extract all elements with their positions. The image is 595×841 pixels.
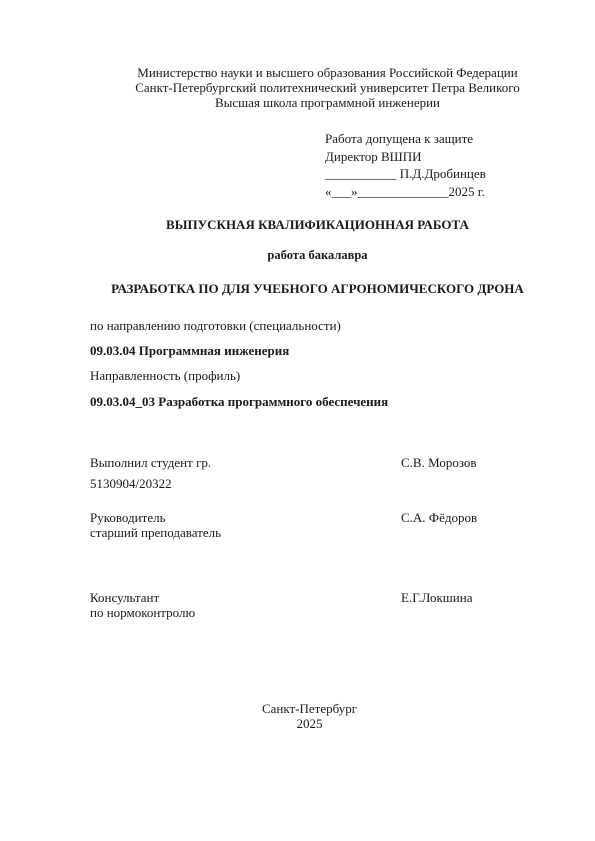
supervisor-position: старший преподаватель bbox=[90, 525, 221, 540]
approval-date: «___»______________2025 г. bbox=[325, 183, 486, 201]
city: Санкт-Петербург bbox=[12, 701, 595, 716]
profile-value: 09.03.04_03 Разработка программного обес… bbox=[90, 394, 388, 409]
approval-director: Директор ВШПИ bbox=[325, 148, 486, 166]
consultant-role: Консультант bbox=[90, 590, 159, 605]
supervisor-role: Руководитель bbox=[90, 510, 166, 525]
school-name: Высшая школа программной инженерии bbox=[30, 95, 595, 110]
thesis-type: работа бакалавра bbox=[20, 248, 595, 263]
consultant-position: по нормоконтролю bbox=[90, 605, 195, 620]
thesis-topic: РАЗРАБОТКА ПО ДЛЯ УЧЕБНОГО АГРОНОМИЧЕСКО… bbox=[20, 281, 595, 296]
student-role: Выполнил студент гр. bbox=[90, 455, 211, 470]
student-name: С.В. Морозов bbox=[401, 455, 477, 470]
student-group: 5130904/20322 bbox=[90, 476, 172, 491]
university-name: Санкт-Петербургский политехнический унив… bbox=[30, 80, 595, 95]
direction-value: 09.03.04 Программная инженерия bbox=[90, 343, 289, 358]
ministry-name: Министерство науки и высшего образования… bbox=[30, 65, 595, 80]
year: 2025 bbox=[12, 716, 595, 731]
profile-label: Направленность (профиль) bbox=[90, 368, 240, 383]
institution-header: Министерство науки и высшего образования… bbox=[30, 65, 595, 110]
footer: Санкт-Петербург 2025 bbox=[12, 701, 595, 731]
approval-block: Работа допущена к защите Директор ВШПИ _… bbox=[325, 130, 486, 200]
direction-label: по направлению подготовки (специальности… bbox=[90, 318, 341, 333]
thesis-title: ВЫПУСКНАЯ КВАЛИФИКАЦИОННАЯ РАБОТА bbox=[20, 217, 595, 232]
consultant-name: Е.Г.Локшина bbox=[401, 590, 473, 605]
supervisor-name: С.А. Фёдоров bbox=[401, 510, 477, 525]
approval-admitted: Работа допущена к защите bbox=[325, 130, 486, 148]
approval-signature: ___________ П.Д.Дробинцев bbox=[325, 165, 486, 183]
